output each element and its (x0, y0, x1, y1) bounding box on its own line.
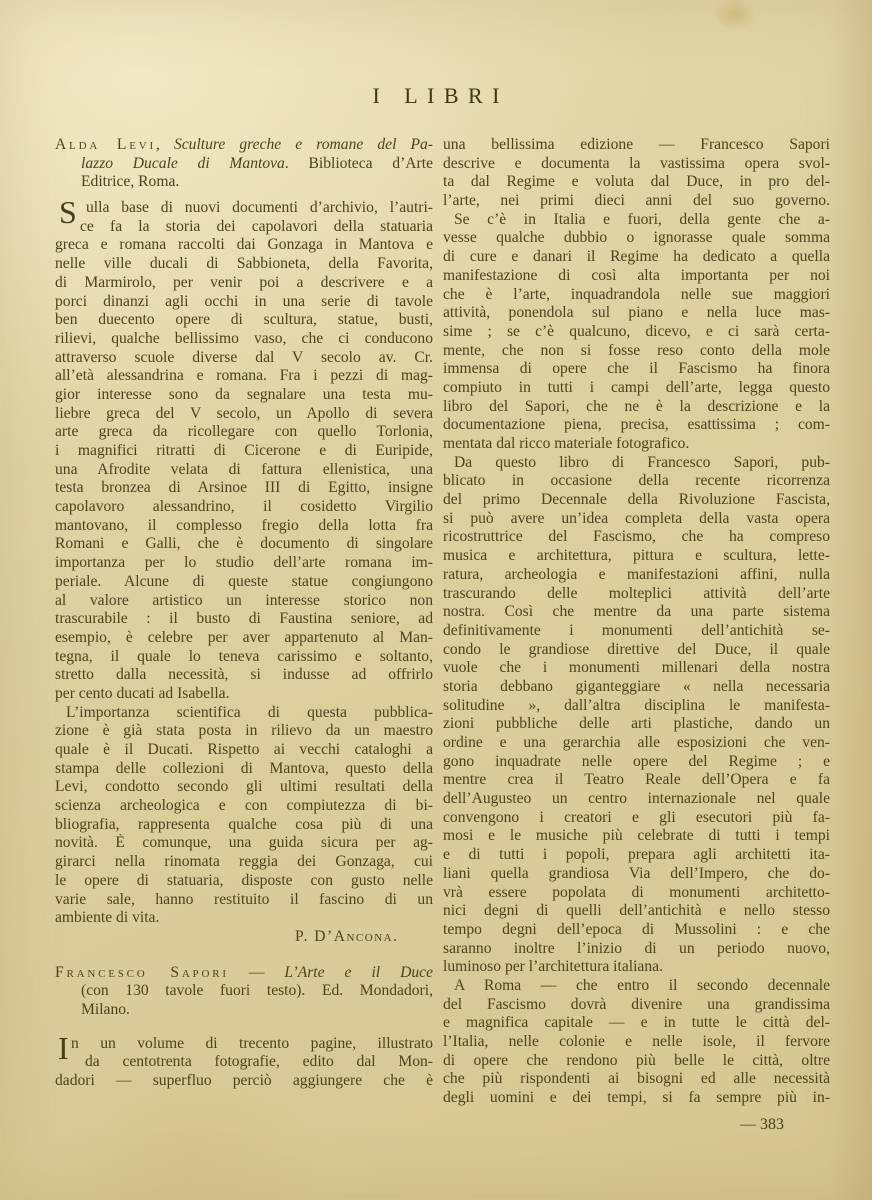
text-line: gior interesse sono da segnalare una tes… (55, 386, 433, 405)
text-line: testa bronzea di Arsinoe III di Egitto, … (55, 479, 433, 498)
text-line: trascurando delle molteplici attività de… (443, 585, 830, 604)
text-line: Editrice, Roma. (55, 173, 433, 192)
text-line: vesse qualche dubbio o ignorasse quale s… (443, 229, 830, 248)
text-line: ta dal Regime e voluta dal Duce, in pro … (443, 173, 830, 192)
plain-text: . Biblioteca d’Arte (285, 155, 433, 172)
text-line: definitivamente i monumenti dell’antichi… (443, 622, 830, 641)
text-line: tegna, il quale lo teneva carissimo e so… (55, 648, 433, 667)
review-paragraph: Sulla base di nuovi documenti d’archivio… (55, 199, 433, 704)
italic-text: L’Arte e il Duce (284, 964, 433, 981)
text-line: e di tutti i popoli, prepara agli archit… (443, 846, 830, 865)
text-line: condo le grandiose direttive del Duce, i… (443, 641, 830, 660)
plain-text: , (156, 136, 174, 153)
italic-text: lazzo Ducale di Mantova (81, 155, 285, 172)
text-line: ratura, archeologia e manifestazioni aff… (443, 566, 830, 585)
text-line: immensa di opere che il Fascismo ha fino… (443, 360, 830, 379)
text-line: L’importanza scientifica di questa pubbl… (55, 704, 433, 723)
text-line: gono inquadrate nelle opere del Regime ;… (443, 753, 830, 772)
drop-cap: S (59, 196, 77, 228)
text-line: lazzo Ducale di Mantova. Biblioteca d’Ar… (55, 155, 433, 174)
review-paragraph: Se c’è in Italia e fuori, della gente ch… (443, 211, 830, 454)
page-number: — 383 (443, 1116, 830, 1135)
text-line: musica e architettura, pittura e scultur… (443, 547, 830, 566)
text-line: per cento ducati ad Isabella. (55, 685, 433, 704)
text-line: mosi e le musiche più celebrate di tutti… (443, 827, 830, 846)
text-line: storia debbano giganteggiare « nella nec… (443, 678, 830, 697)
text-line: descrive e documenta la vastissima opera… (443, 155, 830, 174)
text-line: trascurabile : il busto di Faustina seni… (55, 610, 433, 629)
text-line: le opere di statuaria, disposte con gust… (55, 872, 433, 891)
text-line: all’età alessandrina e romana. Fra i pez… (55, 367, 433, 386)
review-paragraph: In un volume di trecento pagine, illustr… (55, 1035, 433, 1091)
plain-text: . (393, 928, 397, 945)
text-line: si può avere un’idea completa della vast… (443, 510, 830, 529)
text-line: ce fa la storia dei capolavori della sta… (55, 218, 433, 237)
text-line: Francesco Sapori — L’Arte e il Duce (55, 964, 433, 983)
text-line: dadori — superfluo perciò aggiungere che… (55, 1072, 433, 1091)
text-line: girarci nella rinomata reggia dei Gonzag… (55, 853, 433, 872)
text-line: una Afrodite velata di fattura ellenisti… (55, 461, 433, 480)
review-paragraph: A Roma — che entro il secondo decennaled… (443, 977, 830, 1108)
entry-heading-sapori: Francesco Sapori — L’Arte e il Duce(con … (55, 964, 433, 1020)
text-line: periale. Alcune di queste statue congiun… (55, 573, 433, 592)
magazine-page: I LIBRI Alda Levi, Sculture greche e rom… (0, 0, 872, 1200)
text-line: del primo Decennale della Rivoluzione Fa… (443, 491, 830, 510)
text-line: una bellissima edizione — Francesco Sapo… (443, 136, 830, 155)
text-line: Se c’è in Italia e fuori, della gente ch… (443, 211, 830, 230)
text-line: attraverso scuole diverse dal V secolo a… (55, 349, 433, 368)
text-line: n un volume di trecento pagine, illustra… (55, 1035, 433, 1054)
text-line: zione è già stata posta in rilievo da un… (55, 722, 433, 741)
text-line: convengono i creatori e gli esecutori pi… (443, 809, 830, 828)
text-line: vrà essere popolata di monumenti archite… (443, 884, 830, 903)
smallcaps-text: Francesco Sapori (55, 964, 229, 981)
text-line: quale è il Ducati. Rispetto ai vecchi ca… (55, 741, 433, 760)
text-line: (con 130 tavole fuori testo). Ed. Mondad… (55, 982, 433, 1001)
text-line: scienza archeologica e con compiutezza d… (55, 797, 433, 816)
text-line: documentazione piena, precisa, esattissi… (443, 416, 830, 435)
text-line: dell’Augusteo un centro internazionale n… (443, 790, 830, 809)
smallcaps-text: P. D’Ancona (295, 928, 393, 945)
text-line: di opere che rendono più belle le città,… (443, 1052, 830, 1071)
text-line: liebre greca del V secolo, un Apollo di … (55, 405, 433, 424)
text-line: bliografia, rappresenta qualche cosa più… (55, 816, 433, 835)
text-line: nici degni di quelli dell’antichità e ne… (443, 902, 830, 921)
text-line: mentre crea il Teatro Reale dell’Opera e… (443, 771, 830, 790)
text-line: greca e romana raccolti dai Gonzaga in M… (55, 236, 433, 255)
text-line: al valore artistico un interesse storico… (55, 592, 433, 611)
text-line: del Fascismo dovrà divenire una grandiss… (443, 996, 830, 1015)
text-line: ricostruttrice del Fascismo, che ha comp… (443, 528, 830, 547)
plain-text: — (229, 964, 285, 981)
review-paragraph: Da questo libro di Francesco Sapori, pub… (443, 454, 830, 977)
reviewer-signature: P. D’Ancona. (55, 928, 433, 947)
text-line: mentata dal ricco materiale fotografico. (443, 435, 830, 454)
text-line: saranno inoltre l’inizio di un periodo n… (443, 940, 830, 959)
smallcaps-text: Alda Levi (55, 136, 156, 153)
text-line: l’arte, nei primi dieci anni del suo gov… (443, 192, 830, 211)
text-line: da centotrenta fotografie, edito dal Mon… (55, 1053, 433, 1072)
text-line: i magnifici ritratti di Cicerone e di Eu… (55, 442, 433, 461)
text-line: porci dinanzi agli occhi in una serie di… (55, 293, 433, 312)
page-title: I LIBRI (0, 83, 872, 109)
text-line: mente, che non si fosse reso conto della… (443, 342, 830, 361)
text-line: importanza per lo studio dell’arte roman… (55, 554, 433, 573)
left-column: Alda Levi, Sculture greche e romane del … (55, 136, 433, 1091)
right-column-blocks: una bellissima edizione — Francesco Sapo… (443, 136, 830, 1108)
text-line: attività, ponendola sul piano e nella lu… (443, 304, 830, 323)
text-line: ben duecento opere di scultura, statue, … (55, 311, 433, 330)
text-line: A Roma — che entro il secondo decennale (443, 977, 830, 996)
text-line: rilievi, qualche bellissimo vaso, che ci… (55, 330, 433, 349)
text-line: sime ; se c’è qualcuno, dicevo, e ci sar… (443, 323, 830, 342)
text-line: arte greca da ricollegare con quello Tor… (55, 423, 433, 442)
text-line: Da questo libro di Francesco Sapori, pub… (443, 454, 830, 473)
text-line: e magnifica capitale — e in tutte le cit… (443, 1014, 830, 1033)
text-line: ordine e una gerarchia alle esposizioni … (443, 734, 830, 753)
text-line: varie sale, hanno restituito il fascino … (55, 891, 433, 910)
text-columns: Alda Levi, Sculture greche e romane del … (55, 136, 830, 1134)
italic-text: Sculture greche e romane del Pa- (174, 136, 433, 153)
text-line: ulla base di nuovi documenti d’archivio,… (55, 199, 433, 218)
text-line: Levi, condotto secondo gli ultimi result… (55, 778, 433, 797)
text-line: degli uomini e dei tempi, si fa sempre p… (443, 1089, 830, 1108)
text-line: stretto dalla necessità, si indusse ad o… (55, 666, 433, 685)
drop-cap: I (58, 1032, 69, 1064)
text-line: capolavoro alessandrino, il cosidetto Vi… (55, 498, 433, 517)
text-line: manifestazione di così alta importanta p… (443, 267, 830, 286)
text-line: solitudine », dall’altra disciplina le m… (443, 697, 830, 716)
text-line: zioni pubbliche delle arti plastiche, da… (443, 715, 830, 734)
text-line: P. D’Ancona. (55, 928, 433, 947)
text-line: ambiente di vita. (55, 909, 433, 928)
text-line: nostra. Così che mentre da una parte sis… (443, 603, 830, 622)
text-line: di Marmirolo, per venir poi a descrivere… (55, 274, 433, 293)
text-line: di cure e danari il Regime ha dedicato a… (443, 248, 830, 267)
text-line: Alda Levi, Sculture greche e romane del … (55, 136, 433, 155)
text-line: blicato in occasione della recente ricor… (443, 472, 830, 491)
text-line: che è l’arte, inquadrandola nelle sue ma… (443, 286, 830, 305)
text-line: liani quella grandiosa Via dell’Impero, … (443, 865, 830, 884)
text-line: luminoso per l’architettura italiana. (443, 958, 830, 977)
text-line: che più rispondenti ai bisogni ed alle n… (443, 1070, 830, 1089)
text-line: Milano. (55, 1001, 433, 1020)
text-line: vuole che i monumenti millenari della no… (443, 659, 830, 678)
text-line: mantovano, il complesso fregio della lot… (55, 517, 433, 536)
text-line: tempo degni dell’epoca di Mussolini : e … (443, 921, 830, 940)
text-line: compiuto in tutti i campi dell’arte, leg… (443, 379, 830, 398)
text-line: esempio, è celebre per aver appartenuto … (55, 629, 433, 648)
review-paragraph: L’importanza scientifica di questa pubbl… (55, 704, 433, 928)
entry-heading-levi: Alda Levi, Sculture greche e romane del … (55, 136, 433, 192)
text-line: novità. È comunque, una guida sicura per… (55, 834, 433, 853)
text-line: libro del Sapori, che ne è la descrizion… (443, 398, 830, 417)
text-line: nelle ville ducali di Sabbioneta, della … (55, 255, 433, 274)
left-column-blocks: Alda Levi, Sculture greche e romane del … (55, 136, 433, 1091)
text-line: Romani e Galli, che è documento di singo… (55, 535, 433, 554)
text-line: stampa delle collezioni di Mantova, ques… (55, 760, 433, 779)
text-line: l’Italia, nelle colonie e nelle isole, i… (443, 1033, 830, 1052)
right-column: una bellissima edizione — Francesco Sapo… (443, 136, 830, 1134)
review-paragraph: una bellissima edizione — Francesco Sapo… (443, 136, 830, 211)
